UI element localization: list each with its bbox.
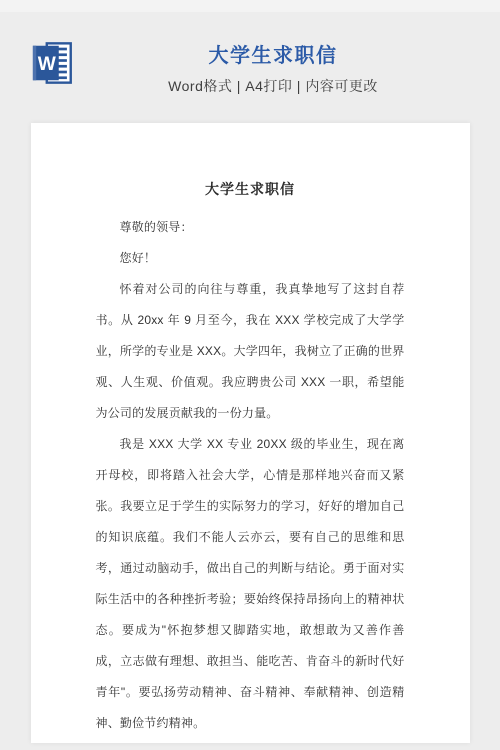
paragraph-body-2: 我是 XXX 大学 XX 专业 20XX 级的毕业生，现在离开母校，即将踏入社会… bbox=[96, 429, 405, 739]
paragraph-body-1: 怀着对公司的向往与尊重，我真挚地写了这封自荐书。从 20xx 年 9 月至今，我… bbox=[96, 274, 405, 429]
document-title: 大学生求职信 bbox=[96, 178, 405, 200]
word-icon: W bbox=[30, 40, 76, 86]
page-title: 大学生求职信 bbox=[46, 39, 500, 68]
app-header: W 大学生求职信 Word格式 | A4打印 | 内容可更改 bbox=[0, 12, 500, 123]
document-page: 大学生求职信 尊敬的领导： 您好！ 怀着对公司的向往与尊重，我真挚地写了这封自荐… bbox=[31, 123, 470, 743]
document-body: 尊敬的领导： 您好！ 怀着对公司的向往与尊重，我真挚地写了这封自荐书。从 20x… bbox=[96, 212, 405, 739]
word-icon-letter: W bbox=[38, 54, 57, 75]
header-text-block: 大学生求职信 Word格式 | A4打印 | 内容可更改 bbox=[46, 12, 500, 96]
page-subtitle: Word格式 | A4打印 | 内容可更改 bbox=[46, 76, 500, 96]
paragraph-greeting: 您好！ bbox=[96, 243, 405, 274]
word-icon-graphic: W bbox=[30, 40, 76, 86]
top-strip bbox=[0, 0, 500, 12]
paragraph-salutation: 尊敬的领导： bbox=[96, 212, 405, 243]
